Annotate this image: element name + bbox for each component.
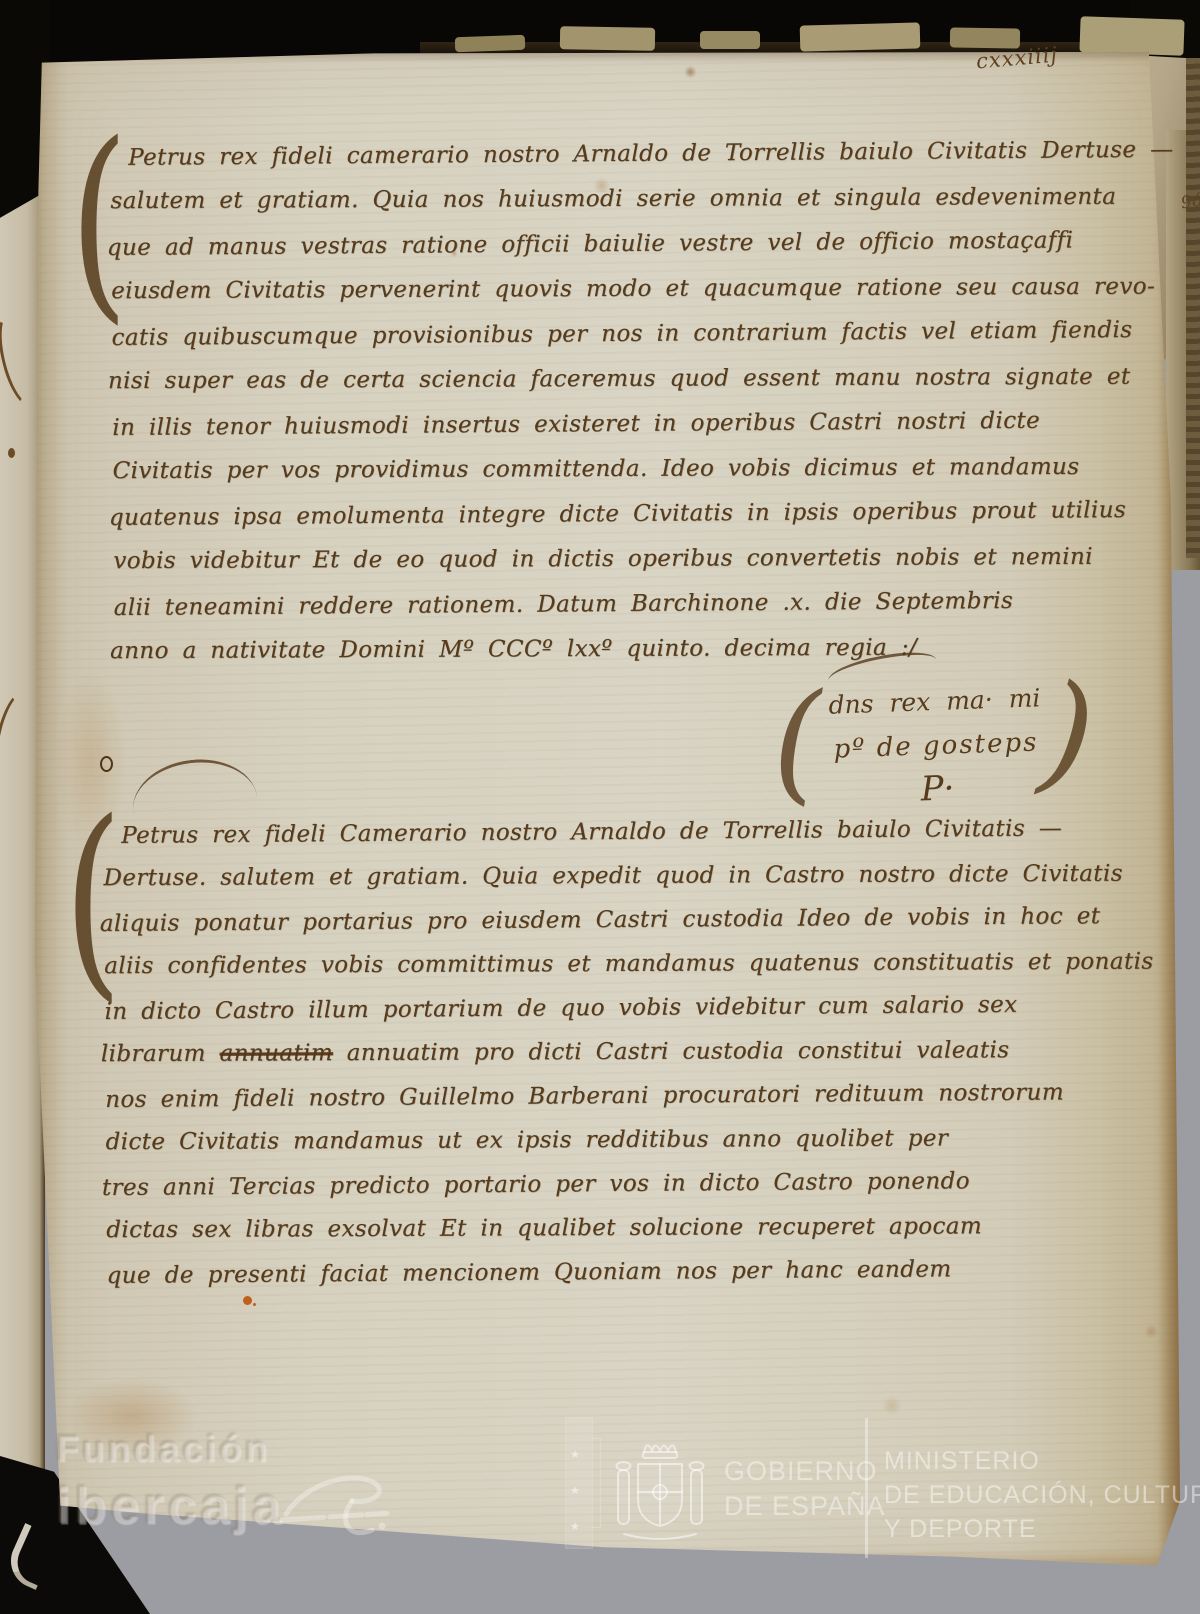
manuscript-line: eiusdem Civitatis pervenerint quovis mod… (111, 264, 1175, 314)
ink-dot-previous-page (8, 448, 15, 458)
manuscript-line: Petrus rex fideli Camerario nostro Arnal… (103, 806, 1153, 858)
watermark-foundation: Fundación ibercaja (56, 1428, 285, 1536)
manuscript-line: anno a nativitate Domini Mº CCCº lxxº qu… (110, 624, 1178, 674)
margin-ring-mark (100, 756, 113, 772)
ministry-line3: Y DEPORTE (884, 1512, 1200, 1546)
manuscript-photo: cxxxiiij 9ó ( Petrus rex fideli camerari… (0, 0, 1200, 1614)
ibercaja-logo-icon (278, 1468, 398, 1544)
manuscript-line: in illis tenor huiusmodi insertus existe… (112, 398, 1176, 451)
watermark-foundation-line2: ibercaja (56, 1476, 285, 1536)
manuscript-line: tres anni Tercias predicto portario per … (102, 1158, 1156, 1210)
gobierno-line2: DE ESPAÑA (724, 1489, 886, 1524)
signature-paren-left: ( (770, 676, 825, 808)
watermark-divider (865, 1418, 868, 1558)
manuscript-line: que de presenti faciat mencionem Quoniam… (106, 1246, 1156, 1298)
star-icon: ★ (570, 1520, 580, 1533)
ministry-text: MINISTERIO DE EDUCACIÓN, CULTURA Y DEPOR… (884, 1444, 1200, 1546)
tatter-fragment (700, 31, 760, 49)
manuscript-line: vobis videbitur Et de eo quod in dictis … (113, 534, 1177, 584)
tatter-fragment (560, 26, 655, 51)
watermark-government: ★ ★ ★ GOBIERNO DE ESPAÑA MINISTERIO DE E… (552, 1408, 1200, 1568)
red-ink-dot (243, 1296, 252, 1305)
manuscript-line: dictas sex libras exsolvat Et in qualibe… (106, 1204, 1156, 1253)
manuscript-line: Civitatis per vos providimus committenda… (113, 444, 1177, 494)
manuscript-line: Dertuse. salutem et gratiam. Quia expedi… (103, 852, 1153, 901)
manuscript-line: que ad manus vestras ratione officii bai… (107, 218, 1175, 271)
watermark-foundation-line1: Fundación (56, 1428, 285, 1470)
manuscript-line: librarum annuatim annuatim pro dicti Cas… (101, 1028, 1155, 1077)
manuscript-line: dicte Civitatis mandamus ut ex ipsis red… (105, 1116, 1155, 1165)
manuscript-line: salutem et gratiam. Quia nos huiusmodi s… (110, 175, 1174, 225)
star-icon: ★ (570, 1448, 580, 1461)
gobierno-line1: GOBIERNO (724, 1454, 886, 1489)
tatter-fragment (1079, 16, 1184, 56)
manuscript-line: quatenus ipsa emolumenta integre dicte C… (109, 488, 1177, 541)
manuscript-line: nisi super eas de certa sciencia facerem… (108, 355, 1176, 405)
manuscript-line: nos enim fideli nostro Guillelmo Barbera… (105, 1070, 1155, 1122)
manuscript-line: aliquis ponatur portarius pro eiusdem Ca… (100, 894, 1154, 946)
letter-1-text: Petrus rex fideli camerario nostro Arnal… (110, 128, 1178, 676)
letter-2-text: Petrus rex fideli Camerario nostro Arnal… (103, 806, 1156, 1298)
tatter-fragment (950, 27, 1020, 48)
manuscript-line: in dicto Castro illum portarium de quo v… (104, 982, 1154, 1034)
chancery-signature: ( dns rex ma· mi pº de gosteps P· ) (784, 675, 1088, 815)
manuscript-line: Petrus rex fideli camerario nostro Arnal… (110, 128, 1174, 181)
manuscript-line: catis quibuscumque provisionibus per nos… (111, 308, 1175, 361)
tatter-fragment (455, 35, 525, 52)
ministry-line1: MINISTERIO (884, 1444, 1200, 1478)
star-icon: ★ (570, 1484, 580, 1497)
tatter-fragment (800, 22, 921, 51)
spain-coat-of-arms-icon (612, 1430, 708, 1552)
book-edge-texture (1186, 58, 1200, 558)
edge-ink-mark: 9ó (1180, 191, 1200, 214)
ministry-line2: DE EDUCACIÓN, CULTURA (884, 1478, 1200, 1512)
gobierno-text: GOBIERNO DE ESPAÑA (724, 1454, 886, 1524)
manuscript-line: aliis confidentes vobis committimus et m… (104, 940, 1154, 989)
manuscript-line: alii teneamini reddere rationem. Datum B… (114, 578, 1178, 631)
